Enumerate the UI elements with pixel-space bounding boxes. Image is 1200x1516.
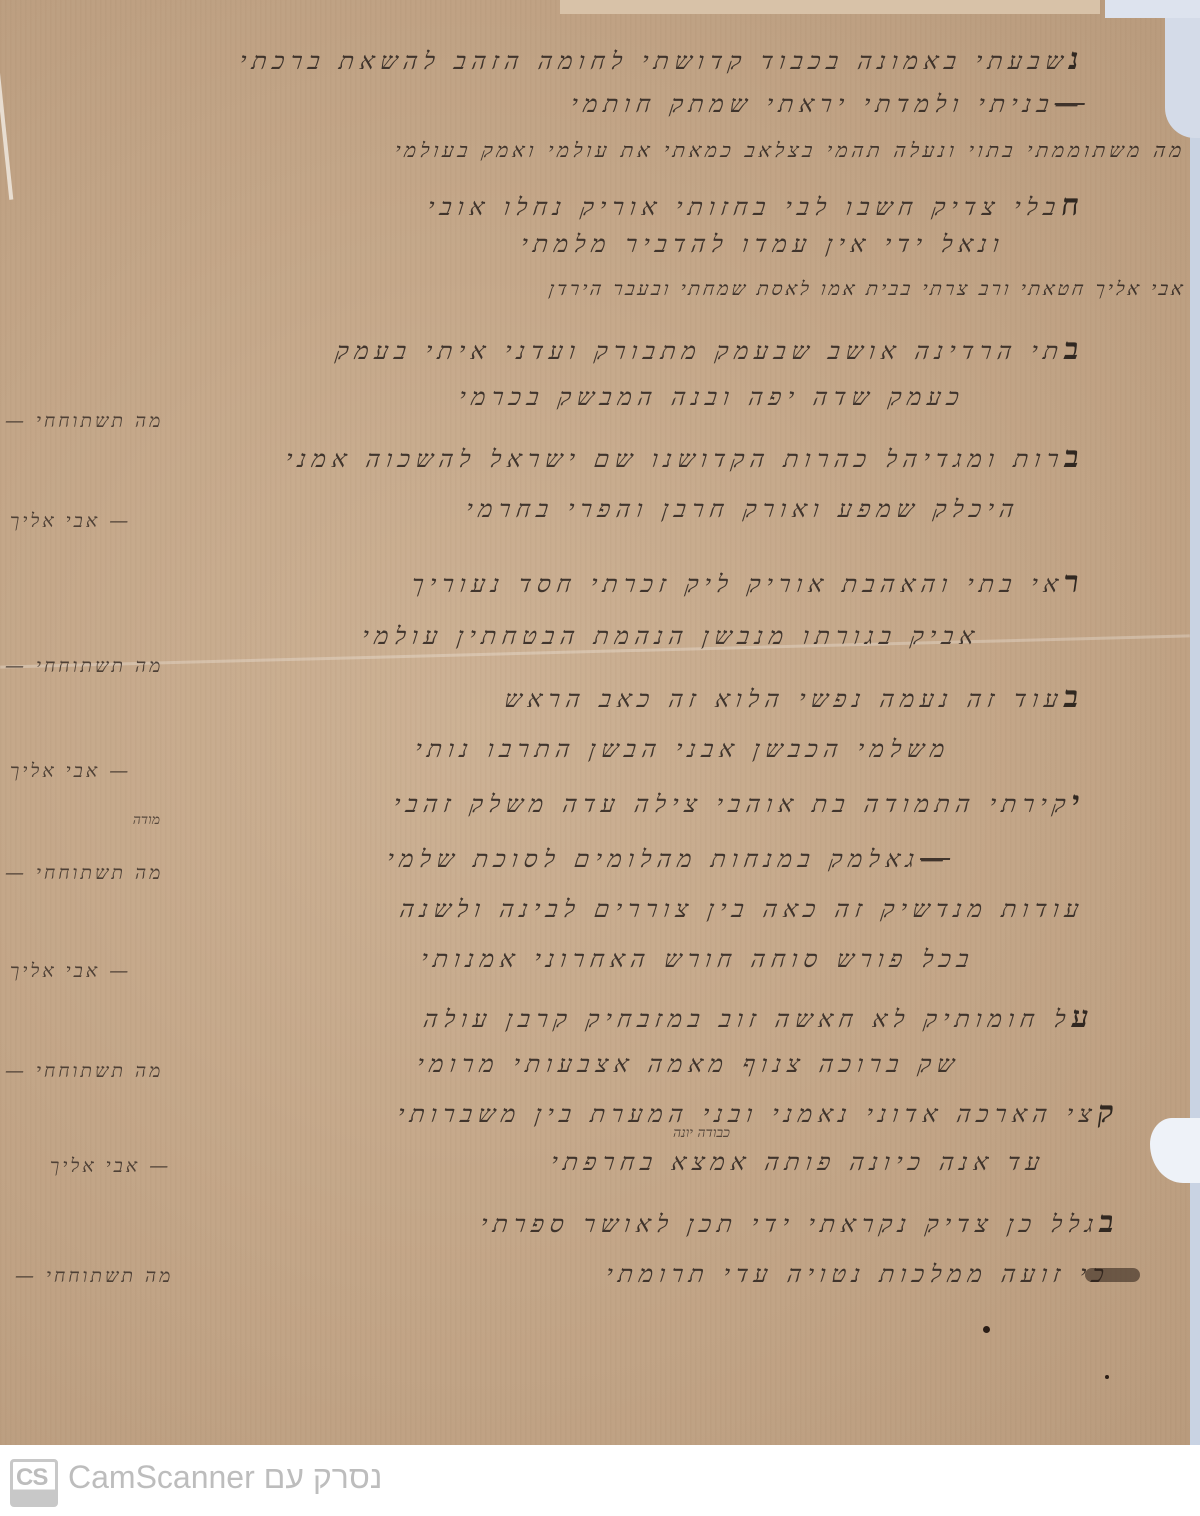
struck-word: — (1053, 90, 1087, 118)
ink-smear (1085, 1268, 1140, 1282)
torn-edge (1165, 18, 1200, 138)
paper-crease (0, 60, 13, 200)
margin-refrain-7: מה תשתוחחי — (5, 1060, 163, 1083)
handwritten-line-11: ראי בתי והאהבת אוריק ליק זכרתי חסד נעורי… (410, 565, 1088, 600)
handwritten-line-13: בעוד זה נעמה נפשי הלוא זה כאב הראש (503, 680, 1088, 715)
handwritten-line-12: אביק בגורתו מנבשן הנהמת הבטחתין עולמי (360, 622, 982, 651)
handwritten-line-15: יקירתי התמודה בת אוהבי צילה עדה משלק זהב… (391, 785, 1087, 820)
margin-refrain-8: — אבי אליך (50, 1155, 171, 1178)
handwritten-line-21: קצי הארכה אדוני נאמני ובני המערת בין משב… (396, 1095, 1123, 1130)
margin-refrain-3: מה תשתוחחי — (5, 655, 163, 678)
handwritten-line-2: —בניתי ולמדתי יראתי שמתק חותמי (569, 90, 1087, 119)
handwritten-line-8: כעמק שדה יפה ובנה המבשק בכרמי (457, 383, 967, 412)
handwritten-line-16: —גאלמק במנחות מהלומים לסוכת שלמי (385, 845, 952, 874)
margin-refrain-9: מה תשתוחחי — (15, 1265, 173, 1288)
scanned-page: נשבעתי באמונה בכבוד קדושתי לחומה הזהב לה… (0, 0, 1200, 1445)
scanner-watermark-text: CamScanner נסרק עם (68, 1459, 382, 1496)
handwritten-line-7: בתי הרדינה אושב שבעמק מתבורק ועדני איתי … (334, 332, 1088, 367)
handwritten-line-19: על חומותיק לא חאשה זוב במזבחיק קרבן עולה (422, 1000, 1097, 1035)
insertion-note-1: מודה (133, 812, 160, 829)
ink-spot (983, 1326, 990, 1333)
handwritten-line-18: בכל פורש סוחה חורש האחרוני אמנותי (419, 945, 977, 974)
handwritten-line-14: משלמי הכבשן אבני הבשן התרבו נותי (413, 735, 953, 764)
handwritten-line-4: חבלי צדיק חשבו לבי בחזותי אוריק נחלו אוב… (425, 188, 1087, 223)
paper-sheet: נשבעתי באמונה בכבוד קדושתי לחומה הזהב לה… (0, 0, 1190, 1445)
handwritten-line-23: בגלל כן צדיק נקראתי ידי תכן לאושר ספרתי (479, 1205, 1123, 1240)
margin-refrain-2: — אבי אליך (10, 510, 131, 533)
margin-refrain-6: — אבי אליך (10, 960, 131, 983)
paper-top-strip (560, 0, 1100, 14)
ink-spot-small (1105, 1375, 1109, 1379)
background-surface (1105, 0, 1200, 18)
margin-refrain-1: מה תשתוחחי — (5, 410, 163, 433)
camscanner-logo-icon: CS (10, 1459, 58, 1507)
scanner-watermark-bar: CS CamScanner נסרק עם (0, 1445, 1200, 1516)
handwritten-line-6: אבי אליך חטאתי ורב צרתי בבית אמו לאסת שמ… (547, 278, 1187, 301)
handwritten-line-5: ונאל ידי אין עמדו להדביר מלמתי (519, 230, 1007, 259)
margin-refrain-4: — אבי אליך (10, 760, 131, 783)
handwritten-line-9: ברות ומגדיהל כהרות הקדושנו שם ישראל להשכ… (283, 440, 1087, 475)
handwritten-line-20: שק ברוכה צנוף מאמה אצבעותי מרומי (415, 1050, 962, 1079)
handwritten-line-24: כי זועה ממלכות נטויה עדי תרומתי (604, 1260, 1112, 1289)
handwritten-line-17: עודות מנדשיק זה כאה בין צוררים לבינה ולש… (398, 895, 1087, 924)
insertion-note-2: כבודה יונה (673, 1125, 730, 1142)
struck-word: — (918, 845, 952, 873)
margin-refrain-5: מה תשתוחחי — (5, 862, 163, 885)
handwritten-line-3: מה משתוממתי בתוי ונעלה תהמי בצלאב כמאתי … (393, 138, 1187, 163)
handwritten-line-10: היכלק שמפע ואורק חרבן והפרי בחרמי (464, 495, 1022, 524)
handwritten-line-1: נשבעתי באמונה בכבוד קדושתי לחומה הזהב לה… (238, 42, 1088, 77)
handwritten-line-22: עד אנה כיונה פותה אמצא בחרפתי (548, 1148, 1047, 1177)
